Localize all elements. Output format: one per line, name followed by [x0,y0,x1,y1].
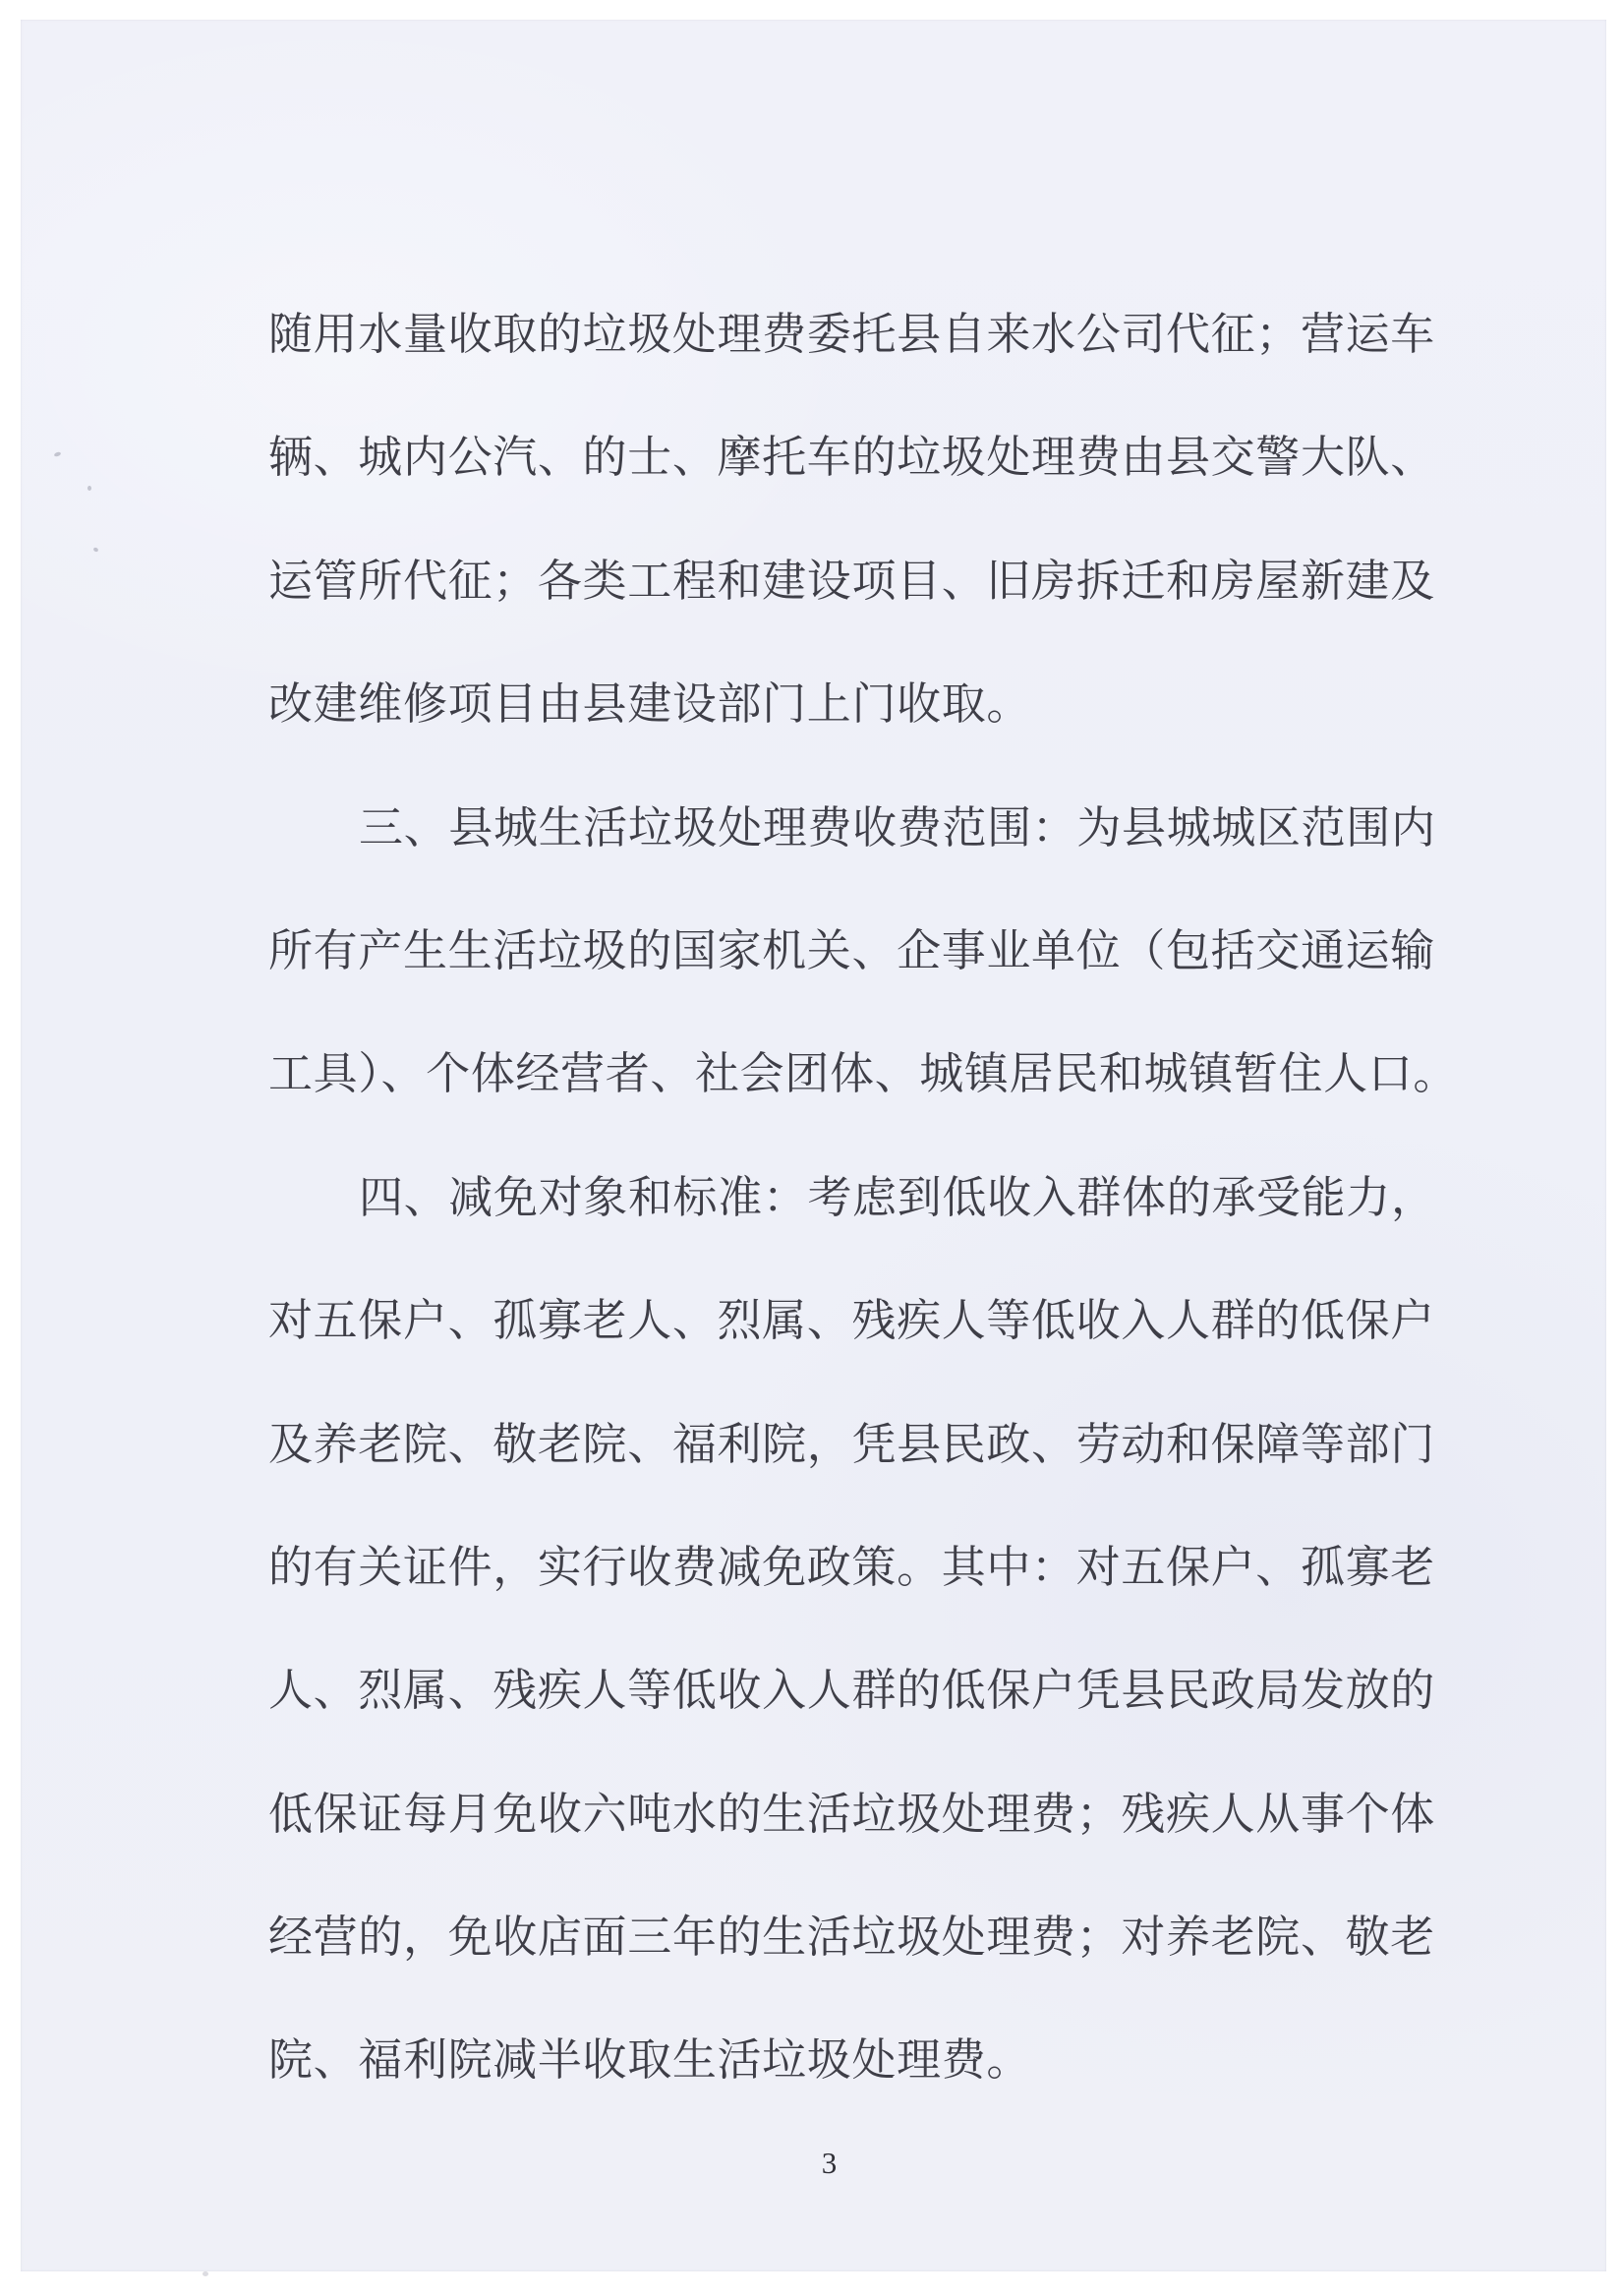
scan-artifact-speck [54,451,62,457]
scan-artifact-speck [203,2271,208,2276]
text-line: 人、烈属、残疾人等低收入人群的低保户凭县民政局发放的 [268,1629,1458,1752]
text-line: 经营的，免收店面三年的生活垃圾处理费；对养老院、敬老 [268,1876,1458,1999]
text-line: 对五保户、孤寡老人、烈属、残疾人等低收入人群的低保户 [268,1260,1458,1383]
text-line: 的有关证件，实行收费减免政策。其中：对五保户、孤寡老 [268,1506,1458,1629]
text-line: 院、福利院减半收取生活垃圾处理费。 [268,1999,1458,2122]
text-line-section-four: 四、减免对象和标准：考虑到低收入群体的承受能力， [268,1137,1458,1260]
text-line: 改建维修项目由县建设部门上门收取。 [268,643,1458,766]
text-line: 工具）、个体经营者、社会团体、城镇居民和城镇暂住人口。 [268,1013,1458,1136]
scan-artifact-speck [92,547,98,553]
text-line: 运管所代征；各类工程和建设项目、旧房拆迁和房屋新建及 [268,520,1458,643]
scan-artifact-speck [87,486,91,491]
text-line: 低保证每月免收六吨水的生活垃圾处理费；残疾人从事个体 [268,1753,1458,1876]
scan-viewport: 随用水量收取的垃圾处理费委托县自来水公司代征；营运车 辆、城内公汽、的士、摩托车… [0,0,1623,2296]
document-body: 随用水量收取的垃圾处理费委托县自来水公司代征；营运车 辆、城内公汽、的士、摩托车… [268,273,1458,2123]
text-line-section-three: 三、县城生活垃圾处理费收费范围：为县城城区范围内 [268,767,1458,890]
text-line: 及养老院、敬老院、福利院，凭县民政、劳动和保障等部门 [268,1383,1458,1506]
text-line: 随用水量收取的垃圾处理费委托县自来水公司代征；营运车 [268,273,1458,396]
text-line: 所有产生生活垃圾的国家机关、企事业单位（包括交通运输 [268,890,1458,1013]
page-number: 3 [21,2146,1606,2181]
text-line: 辆、城内公汽、的士、摩托车的垃圾处理费由县交警大队、 [268,396,1458,519]
scanned-document-page: 随用水量收取的垃圾处理费委托县自来水公司代征；营运车 辆、城内公汽、的士、摩托车… [21,20,1606,2271]
